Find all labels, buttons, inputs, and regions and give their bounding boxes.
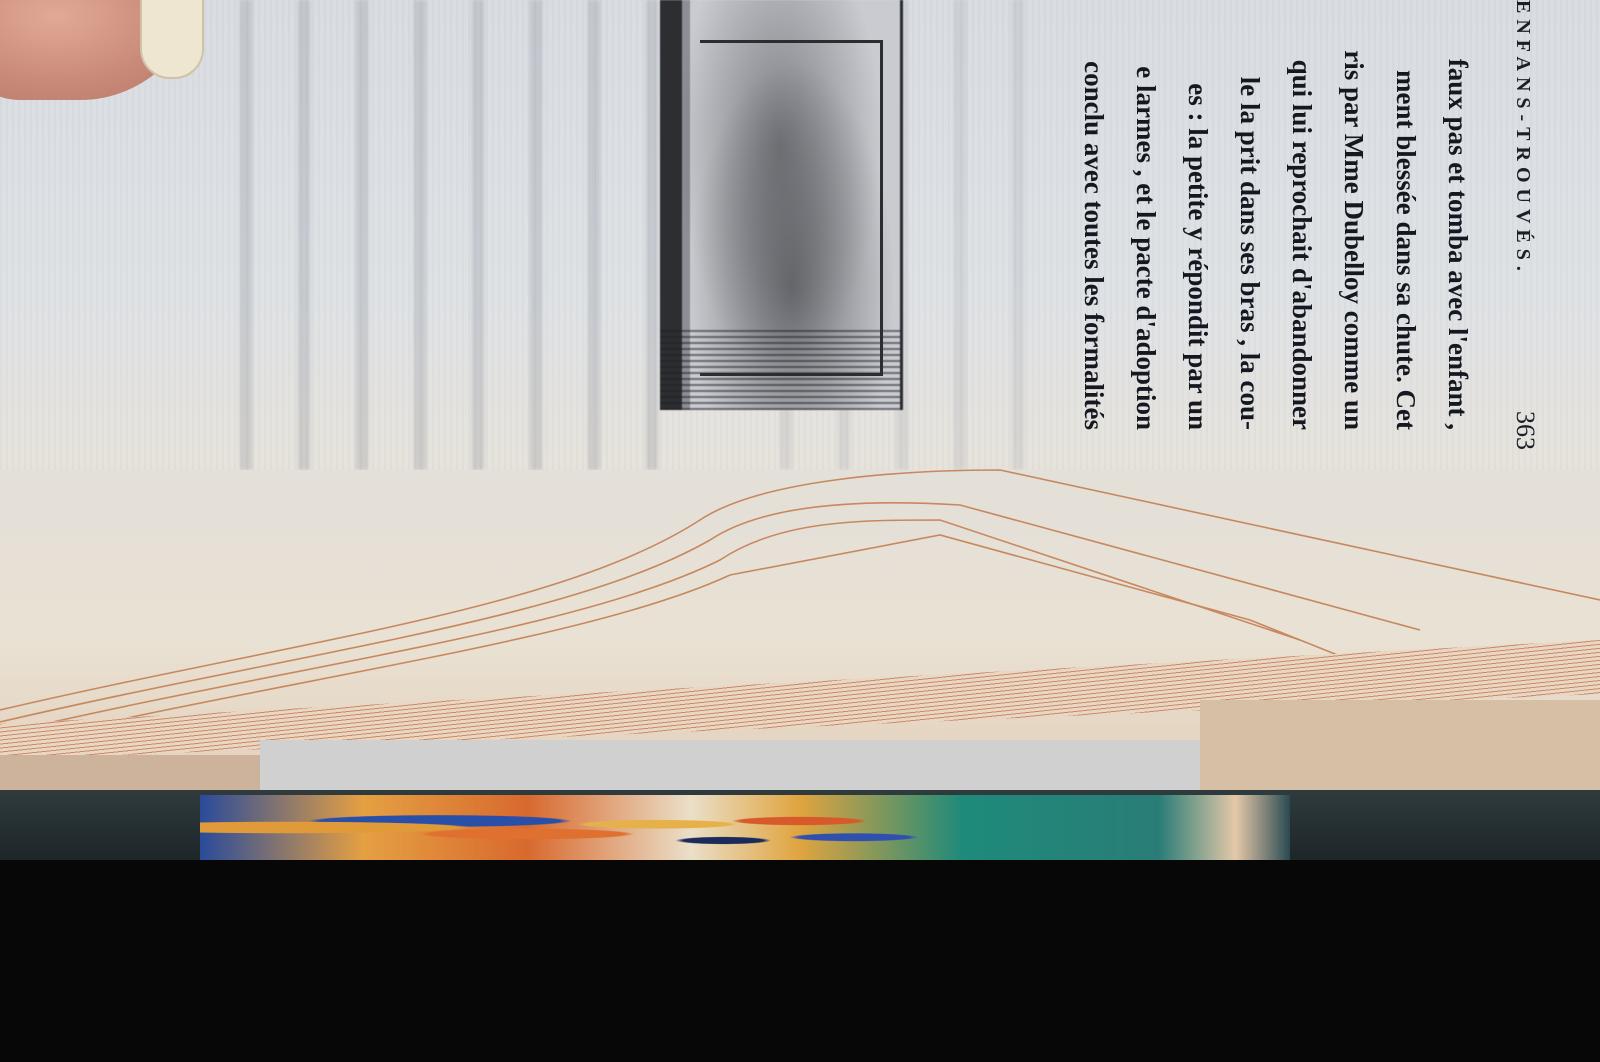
text-line: qui lui reprochait d'abandonner [1276, 0, 1328, 470]
page-header: ENFANS-TROUVÉS. 363 [1484, 0, 1540, 470]
text-line: conclu avec toutes les formalités [1068, 0, 1120, 470]
text-line: faux pas et tomba avec l'enfant , [1432, 0, 1484, 470]
text-line: e larmes , et le pacte d'adoption [1120, 0, 1172, 470]
text-line: ment blessée dans sa chute. Cet [1380, 0, 1432, 470]
text-line: ris par Mme Dubelloy comme un [1328, 0, 1380, 470]
page-number: 363 [1510, 411, 1540, 450]
marbled-endpaper [200, 795, 1290, 860]
text-line: le la prit dans ses bras , la cou- [1224, 0, 1276, 470]
book-photo: ENFANS-TROUVÉS. 363 faux pas et tomba av… [0, 0, 1600, 1062]
page-text-block: ENFANS-TROUVÉS. 363 faux pas et tomba av… [1060, 0, 1540, 470]
bleed-through-text [200, 0, 660, 470]
text-line: es : la petite y répondit par un [1172, 0, 1224, 470]
dark-background [0, 860, 1600, 1062]
running-head: ENFANS-TROUVÉS. [1511, 0, 1534, 277]
engraving-frame [700, 40, 883, 376]
fingernail [140, 0, 204, 79]
